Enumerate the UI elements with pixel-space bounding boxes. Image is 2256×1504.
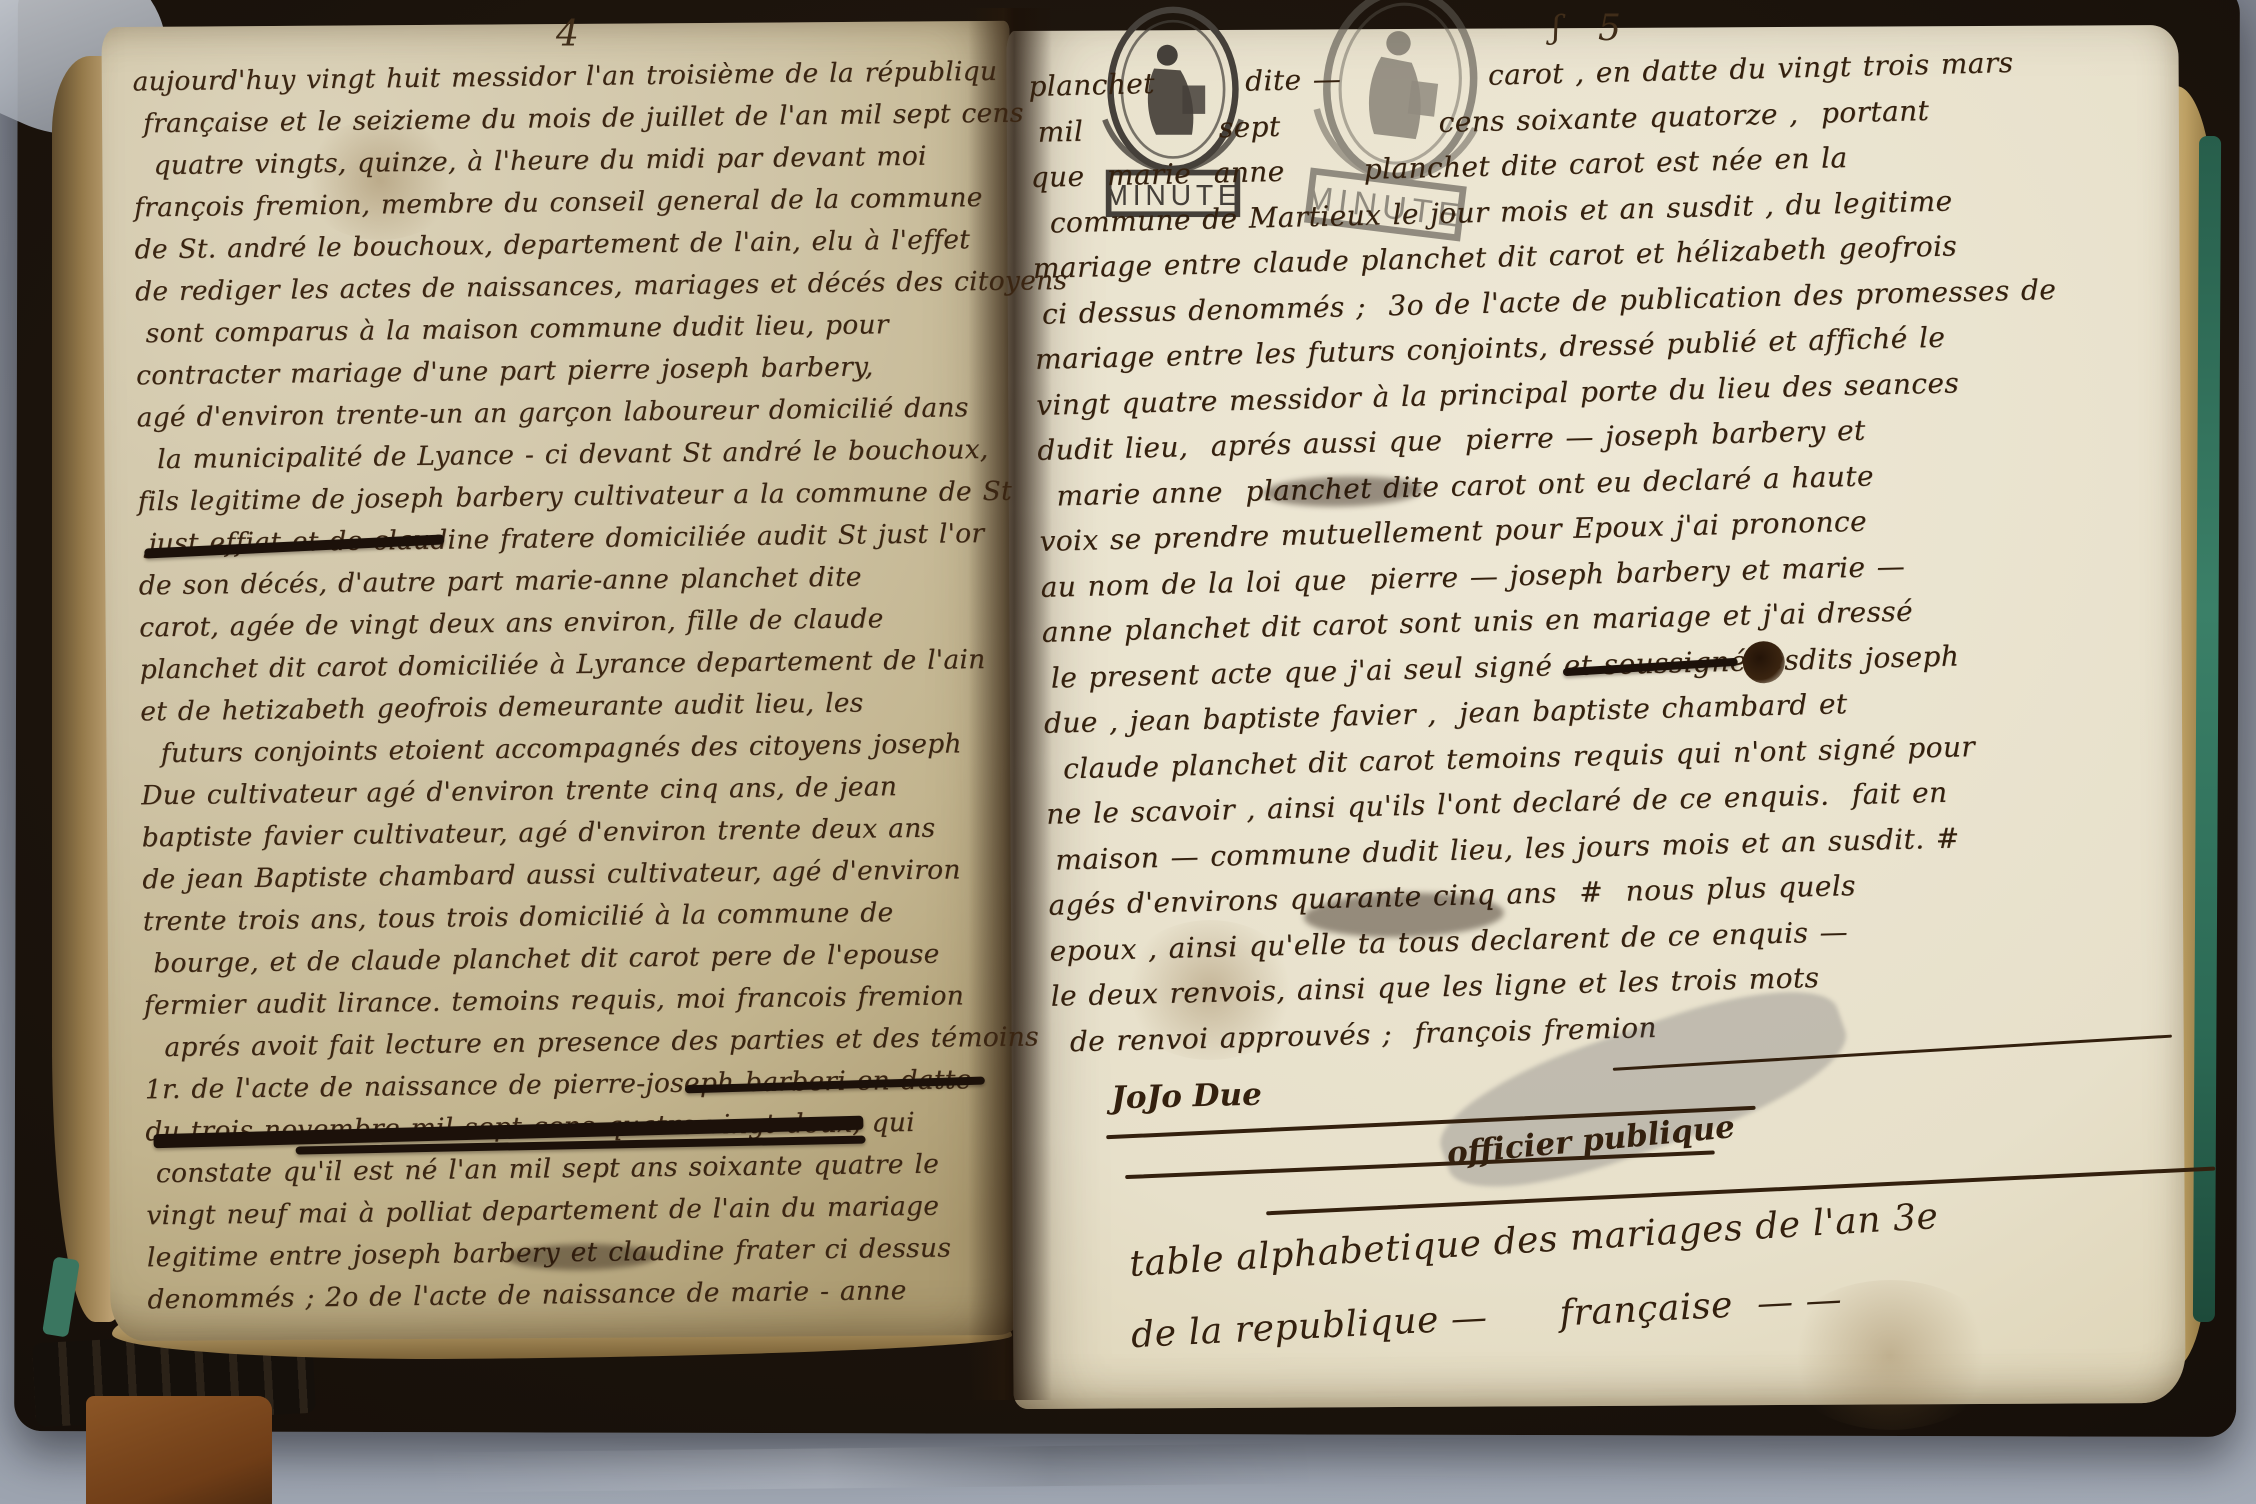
signature-jojo-due: JoJo Due — [1111, 1077, 1262, 1117]
leather-corner-patch — [86, 1396, 272, 1504]
page-number-right: 5 — [1598, 8, 1621, 49]
page-number-left: 4 — [556, 14, 579, 55]
right-page-text: planchet dite — carot , en datte du ving… — [1028, 36, 2188, 1064]
page-number-flourish: ʃ — [1552, 8, 1561, 46]
seated-figure-icon — [1385, 30, 1412, 57]
cloth-wrinkle — [420, 1443, 1320, 1492]
right-page-lines: planchet dite — carot , en datte du ving… — [1028, 36, 2188, 1064]
manuscript-photo: 4 ʃ 5 MINUTE MINUTE aujourd'huy — [0, 0, 2256, 1504]
left-page-text: aujourd'huy vingt huit messidor l'an tro… — [132, 51, 1031, 1322]
